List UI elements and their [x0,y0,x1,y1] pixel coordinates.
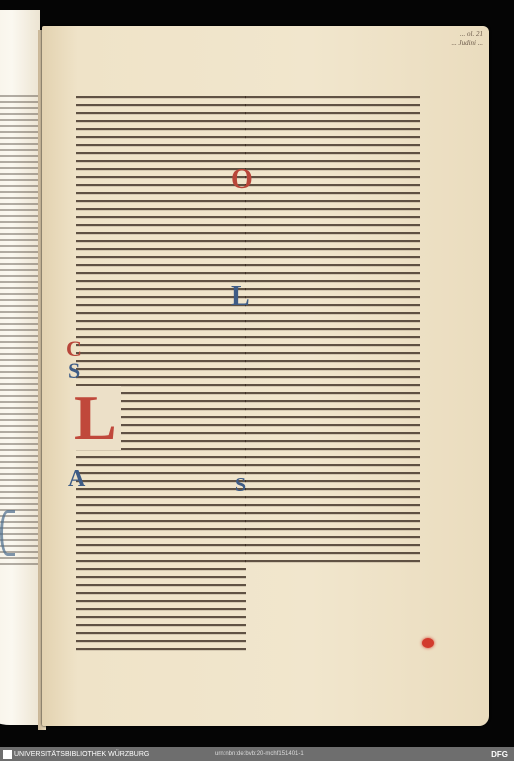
initial-letter: S [68,358,80,384]
text-lines [245,96,420,566]
initial-letter: O [231,164,253,196]
initial-letter: L [231,281,250,313]
manuscript-page: ... ol. 21 ... Judini ... C S L A O L S [42,26,489,726]
library-logo[interactable]: UNIVERSITÄTSBIBLIOTHEK WÜRZBURG [3,750,149,759]
urn-identifier[interactable]: urn:nbn:de:bvb:20-mchf151401-1 [215,751,304,757]
library-logo-icon [3,750,12,759]
left-page-text [0,95,40,565]
manuscript-viewer[interactable]: ... ol. 21 ... Judini ... C S L A O L S [0,0,514,747]
dfg-logo[interactable]: DFG [491,750,508,759]
left-page-initial [0,510,15,556]
text-lines [76,96,246,651]
page-annotation: ... ol. 21 ... Judini ... [452,30,484,48]
text-column-left: C S L A [76,96,246,651]
red-wax-stain [422,638,434,648]
initial-letter: L [70,386,121,450]
left-page-edge [0,10,40,725]
initial-letter: A [68,466,85,493]
annotation-line-1: ... ol. 21 [452,30,484,39]
footer-bar: UNIVERSITÄTSBIBLIOTHEK WÜRZBURG urn:nbn:… [0,747,514,761]
annotation-line-2: ... Judini ... [452,39,484,48]
library-name: UNIVERSITÄTSBIBLIOTHEK WÜRZBURG [14,751,149,758]
initial-letter: S [235,474,246,497]
text-column-right: O L S [245,96,420,566]
